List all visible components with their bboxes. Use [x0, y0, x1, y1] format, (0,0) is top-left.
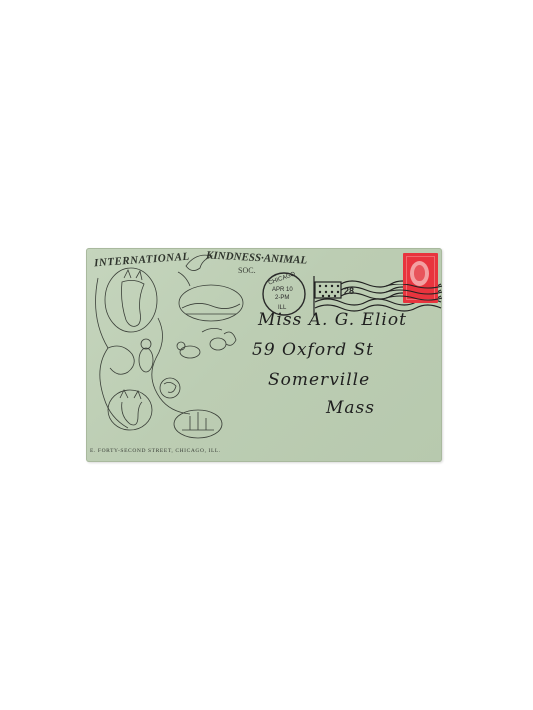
address-street: 59 Oxford St: [252, 340, 374, 360]
corner-card-illustration: [86, 248, 266, 448]
stamp-cancel-lines-icon: [386, 284, 442, 308]
postmark-time: 2-PM: [275, 295, 289, 301]
washington-portrait-icon: [414, 265, 425, 281]
cancel-number: 28: [344, 286, 354, 296]
society-abbrev: SOC.: [238, 266, 256, 275]
address-state: Mass: [326, 398, 375, 418]
address-city: Somerville: [268, 370, 370, 390]
address-recipient: Miss A. G. Eliot: [258, 310, 407, 330]
envelope: INTERNATIONAL KINDNESS·ANIMAL SOC. CHICA…: [86, 248, 442, 462]
society-address-footer: E. FORTY-SECOND STREET, CHICAGO, ILL.: [90, 448, 221, 454]
postmark-date: APR 10: [272, 287, 293, 293]
